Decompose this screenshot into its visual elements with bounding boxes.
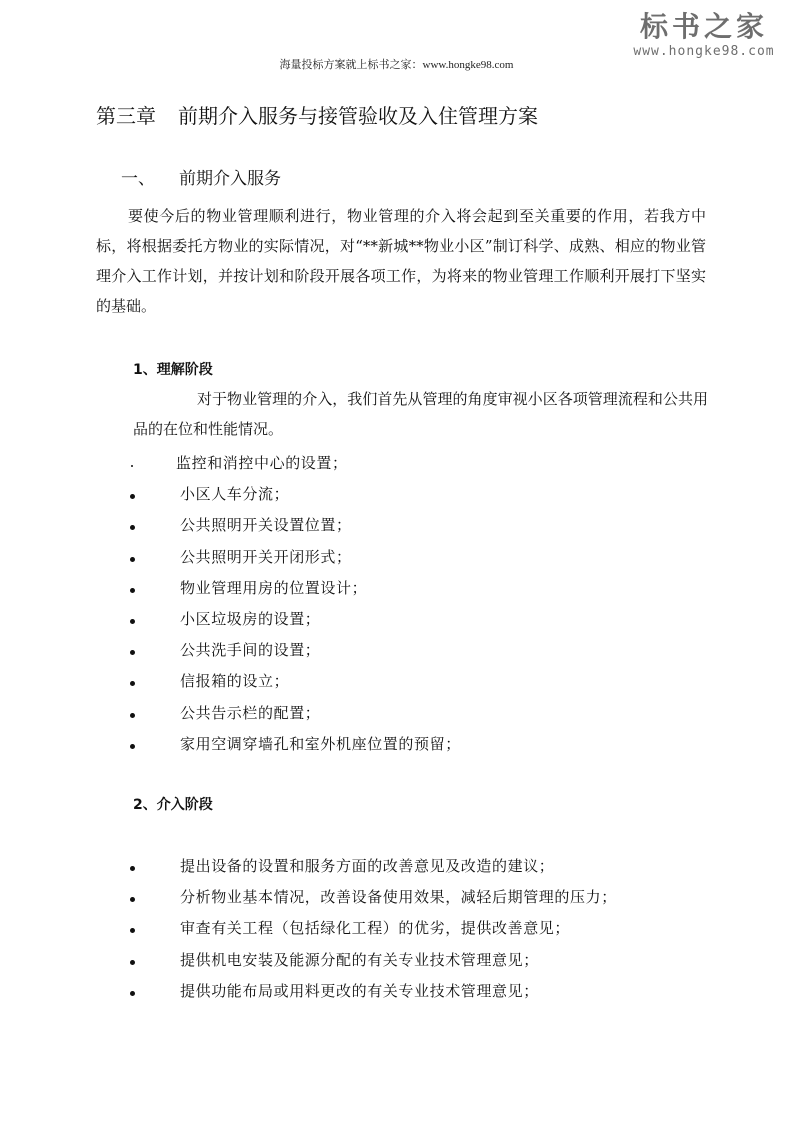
bullet-icon bbox=[130, 928, 135, 933]
list-item-text: 信报箱的设立； bbox=[180, 670, 289, 692]
bullet-icon bbox=[130, 960, 135, 965]
intro-paragraph: 要使今后的物业管理顺利进行，物业管理的介入将会起到至关重要的作用，若我方中标，将… bbox=[96, 201, 706, 321]
bullet-icon bbox=[130, 557, 135, 562]
bullet-icon bbox=[130, 681, 135, 686]
list-item-text: 公共告示栏的配置； bbox=[180, 702, 320, 724]
list-item-text: 公共照明开关开闭形式； bbox=[180, 546, 352, 568]
bullet-icon bbox=[130, 588, 135, 593]
bullet-icon bbox=[130, 494, 135, 499]
bullet-icon bbox=[130, 897, 135, 902]
list-item-text: 提供机电安装及能源分配的有关专业技术管理意见； bbox=[180, 949, 539, 971]
list-item-text: 提出设备的设置和服务方面的改善意见及改造的建议； bbox=[180, 855, 554, 877]
stage1-paragraph: 对于物业管理的介入，我们首先从管理的角度审视小区各项管理流程和公共用品的在位和性… bbox=[133, 384, 708, 444]
bullet-icon bbox=[131, 465, 133, 467]
list-item-text: 家用空调穿墙孔和室外机座位置的预留； bbox=[180, 733, 461, 755]
stage1-heading: 1、理解阶段 bbox=[133, 359, 213, 381]
section-number: 一、 bbox=[121, 167, 179, 191]
bullet-icon bbox=[130, 713, 135, 718]
stage2-heading: 2、介入阶段 bbox=[133, 794, 213, 816]
list-item-text: 公共洗手间的设置； bbox=[180, 639, 320, 661]
list-item-text: 公共照明开关设置位置； bbox=[180, 514, 352, 536]
list-item-text: 分析物业基本情况，改善设备使用效果，减轻后期管理的压力； bbox=[180, 886, 617, 908]
bullet-icon bbox=[130, 525, 135, 530]
section-title-text: 前期介入服务 bbox=[179, 169, 281, 189]
bullet-icon bbox=[130, 619, 135, 624]
list-item-text: 监控和消控中心的设置； bbox=[176, 452, 348, 474]
bullet-icon bbox=[130, 866, 135, 871]
section-title: 一、前期介入服务 bbox=[121, 167, 281, 191]
chapter-number: 第三章 bbox=[96, 104, 156, 128]
chapter-title: 第三章前期介入服务与接管验收及入住管理方案 bbox=[96, 102, 538, 130]
list-item-text: 小区人车分流； bbox=[180, 483, 289, 505]
stage1-paragraph-text: 对于物业管理的介入，我们首先从管理的角度审视小区各项管理流程和公共用品的在位和性… bbox=[133, 390, 708, 438]
list-item-text: 物业管理用房的位置设计； bbox=[180, 577, 367, 599]
bullet-icon bbox=[130, 650, 135, 655]
header-note: 海量投标方案就上标书之家：www.hongke98.com bbox=[0, 56, 793, 72]
chapter-title-text: 前期介入服务与接管验收及入住管理方案 bbox=[178, 104, 538, 128]
logo-title: 标书之家 bbox=[629, 12, 779, 42]
list-item-text: 小区垃圾房的设置； bbox=[180, 608, 320, 630]
logo: 标书之家 www.hongke98.com bbox=[629, 12, 779, 60]
bullet-icon bbox=[130, 991, 135, 996]
bullet-icon bbox=[130, 744, 135, 749]
list-item-text: 审查有关工程（包括绿化工程）的优劣，提供改善意见； bbox=[180, 917, 570, 939]
list-item-text: 提供功能布局或用料更改的有关专业技术管理意见； bbox=[180, 980, 539, 1002]
